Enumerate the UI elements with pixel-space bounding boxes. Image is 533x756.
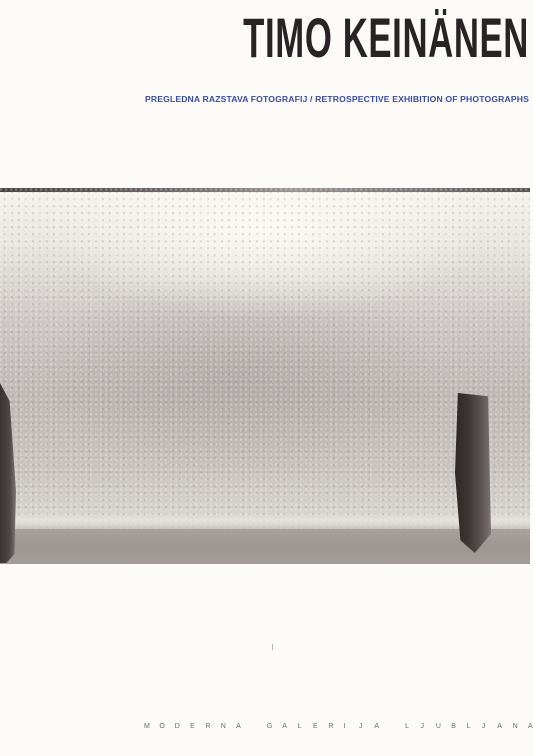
ledge [0, 529, 530, 564]
cover-photograph [0, 188, 530, 564]
ledge-highlight [0, 513, 530, 529]
publisher-name: MODERNA GALERIJA LJUBLJANA [144, 723, 528, 730]
cover-title: TIMO KEINÄNEN [243, 10, 529, 66]
print-mark [272, 644, 273, 650]
cover-subtitle: PREGLEDNA RAZSTAVA FOTOGRAFIJ / RETROSPE… [145, 94, 529, 104]
wall-texture [0, 188, 530, 564]
wooden-post-right [455, 393, 491, 553]
